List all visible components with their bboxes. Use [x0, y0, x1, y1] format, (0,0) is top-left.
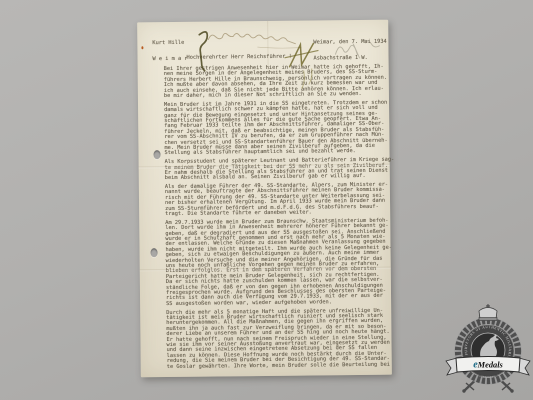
typed-line: beim Abschnitt alsbald an. Seinen Zivilb… — [165, 174, 389, 182]
typed-line: be mir daher, mich in dieser Not schrift… — [164, 92, 388, 100]
svg-text:eMedals: eMedals — [473, 360, 503, 371]
typed-line: SS ausgestoßen worden war, wieder aufgeh… — [166, 300, 390, 308]
vertical-crease — [267, 21, 269, 73]
handwritten-paraph-olive — [289, 43, 313, 66]
letter-body: Bei Ihrer gestrigen Anwesenheit hier in … — [164, 65, 391, 374]
paragraph: Bei Ihrer gestrigen Anwesenheit hier in … — [164, 65, 388, 100]
salutation: Hochverehrter Herr Reichsführer ! — [187, 55, 292, 62]
letter-page: Kurt Hille W e i m a r Weimar, den 7. Ma… — [137, 20, 392, 378]
brand-rest: Medals — [477, 361, 503, 370]
rust-fleck — [141, 46, 143, 49]
paragraph: Am 29.7.1933 wurde mein Bruder zum Braun… — [165, 218, 390, 307]
dateline-street: Asbachstraße 1 W. — [314, 56, 387, 62]
typed-line: Stellung als Stabsführer hauptamtlich se… — [165, 149, 389, 157]
dateline-place-date: Weimar, den 7. Mai 1934 — [313, 40, 386, 46]
typed-line: te Goslar gewährten. Ihre Worte, mein Br… — [167, 362, 391, 370]
paragraph: Als Korpsstudent und späterer Leutnant u… — [165, 158, 389, 182]
emedals-watermark-logo: PURVEYORS OF AUTHENTIC MILITARIA eMedals — [444, 303, 532, 395]
typed-line: tragt. Die Standarte führte er daneben w… — [165, 210, 389, 218]
handwritten-cursive-tail — [257, 47, 301, 49]
sender-name: Kurt Hille — [152, 41, 187, 47]
photo-of-document: { "photo": { "background_top": "#b8b7b5"… — [0, 0, 533, 400]
punch-hole-bottom — [151, 248, 158, 257]
handwritten-cursive-note — [208, 33, 295, 45]
paragraph: Mein Bruder ist im Jahre 1931 in die SS … — [164, 100, 389, 156]
punch-hole-top — [153, 150, 160, 159]
paragraph: Als der damalige Führer der 49. SS-Stand… — [165, 183, 389, 218]
crown-icon — [479, 304, 497, 321]
sender-city: W e i m a r — [153, 57, 188, 63]
paragraph: Durch die mehr als 5 monatige Haft und d… — [166, 308, 391, 370]
